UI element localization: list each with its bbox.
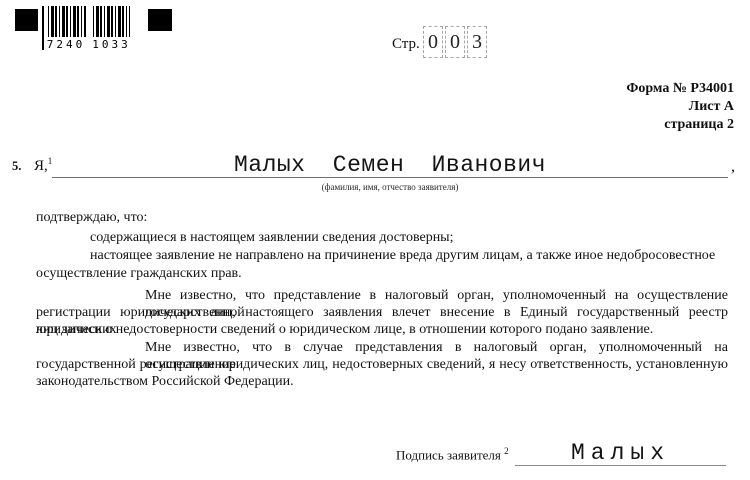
registration-mark-right — [148, 9, 172, 31]
sheet-label: Лист А — [626, 98, 734, 116]
paragraph-line: лиц записи о недостоверности сведений о … — [36, 321, 653, 338]
page-number-cell[interactable]: 0 — [445, 26, 465, 58]
footnote-2: 2 — [504, 446, 509, 456]
confirmation-item: содержащиеся в настоящем заявлении сведе… — [90, 229, 453, 246]
form-number: Форма № Р34001 — [626, 80, 734, 98]
page-number-cell[interactable]: 0 — [423, 26, 443, 58]
confirmation-item: осуществление гражданских прав. — [36, 265, 242, 282]
signature-field[interactable]: Малых — [515, 440, 726, 466]
form-header: Форма № Р34001 Лист А страница 2 — [626, 80, 734, 134]
barcode-digits-left: 7240 — [46, 38, 86, 51]
applicant-name-value[interactable]: Малых Семен Иванович — [52, 152, 728, 178]
pronoun-label: Я,1 — [34, 156, 52, 175]
applicant-name-field[interactable]: Малых Семен Иванович — [52, 152, 728, 178]
paragraph-line: законодательством Российской Федерации. — [36, 373, 294, 390]
page-number-cell[interactable]: 3 — [467, 26, 487, 58]
paragraph-line: государственной регистрации юридических … — [36, 356, 728, 373]
form-barcode: 7240 1033 — [42, 6, 136, 52]
form-page: 7240 1033 Стр. 0 0 3 Форма № Р34001 Лист… — [0, 0, 750, 480]
confirmation-item: настоящее заявление не направлено на при… — [90, 247, 715, 264]
item-number: 5. — [12, 159, 21, 174]
confirmation-intro: подтверждаю, что: — [36, 209, 147, 226]
barcode-digits-right: 1033 — [91, 38, 132, 51]
barcode-bars-left — [48, 6, 86, 37]
page-number-cells: 0 0 3 — [423, 26, 487, 58]
signature-label: Подпись заявителя 2 — [396, 446, 509, 463]
page-label-text: страница 2 — [626, 116, 734, 134]
barcode-bars-right — [93, 6, 130, 37]
name-field-caption: (фамилия, имя, отчество заявителя) — [52, 182, 728, 192]
trailing-comma: , — [731, 158, 735, 176]
registration-mark-left — [15, 9, 38, 31]
page-number-label: Стр. — [392, 36, 420, 53]
signature-value[interactable]: Малых — [515, 440, 726, 466]
barcode-guard-bar — [42, 6, 44, 50]
